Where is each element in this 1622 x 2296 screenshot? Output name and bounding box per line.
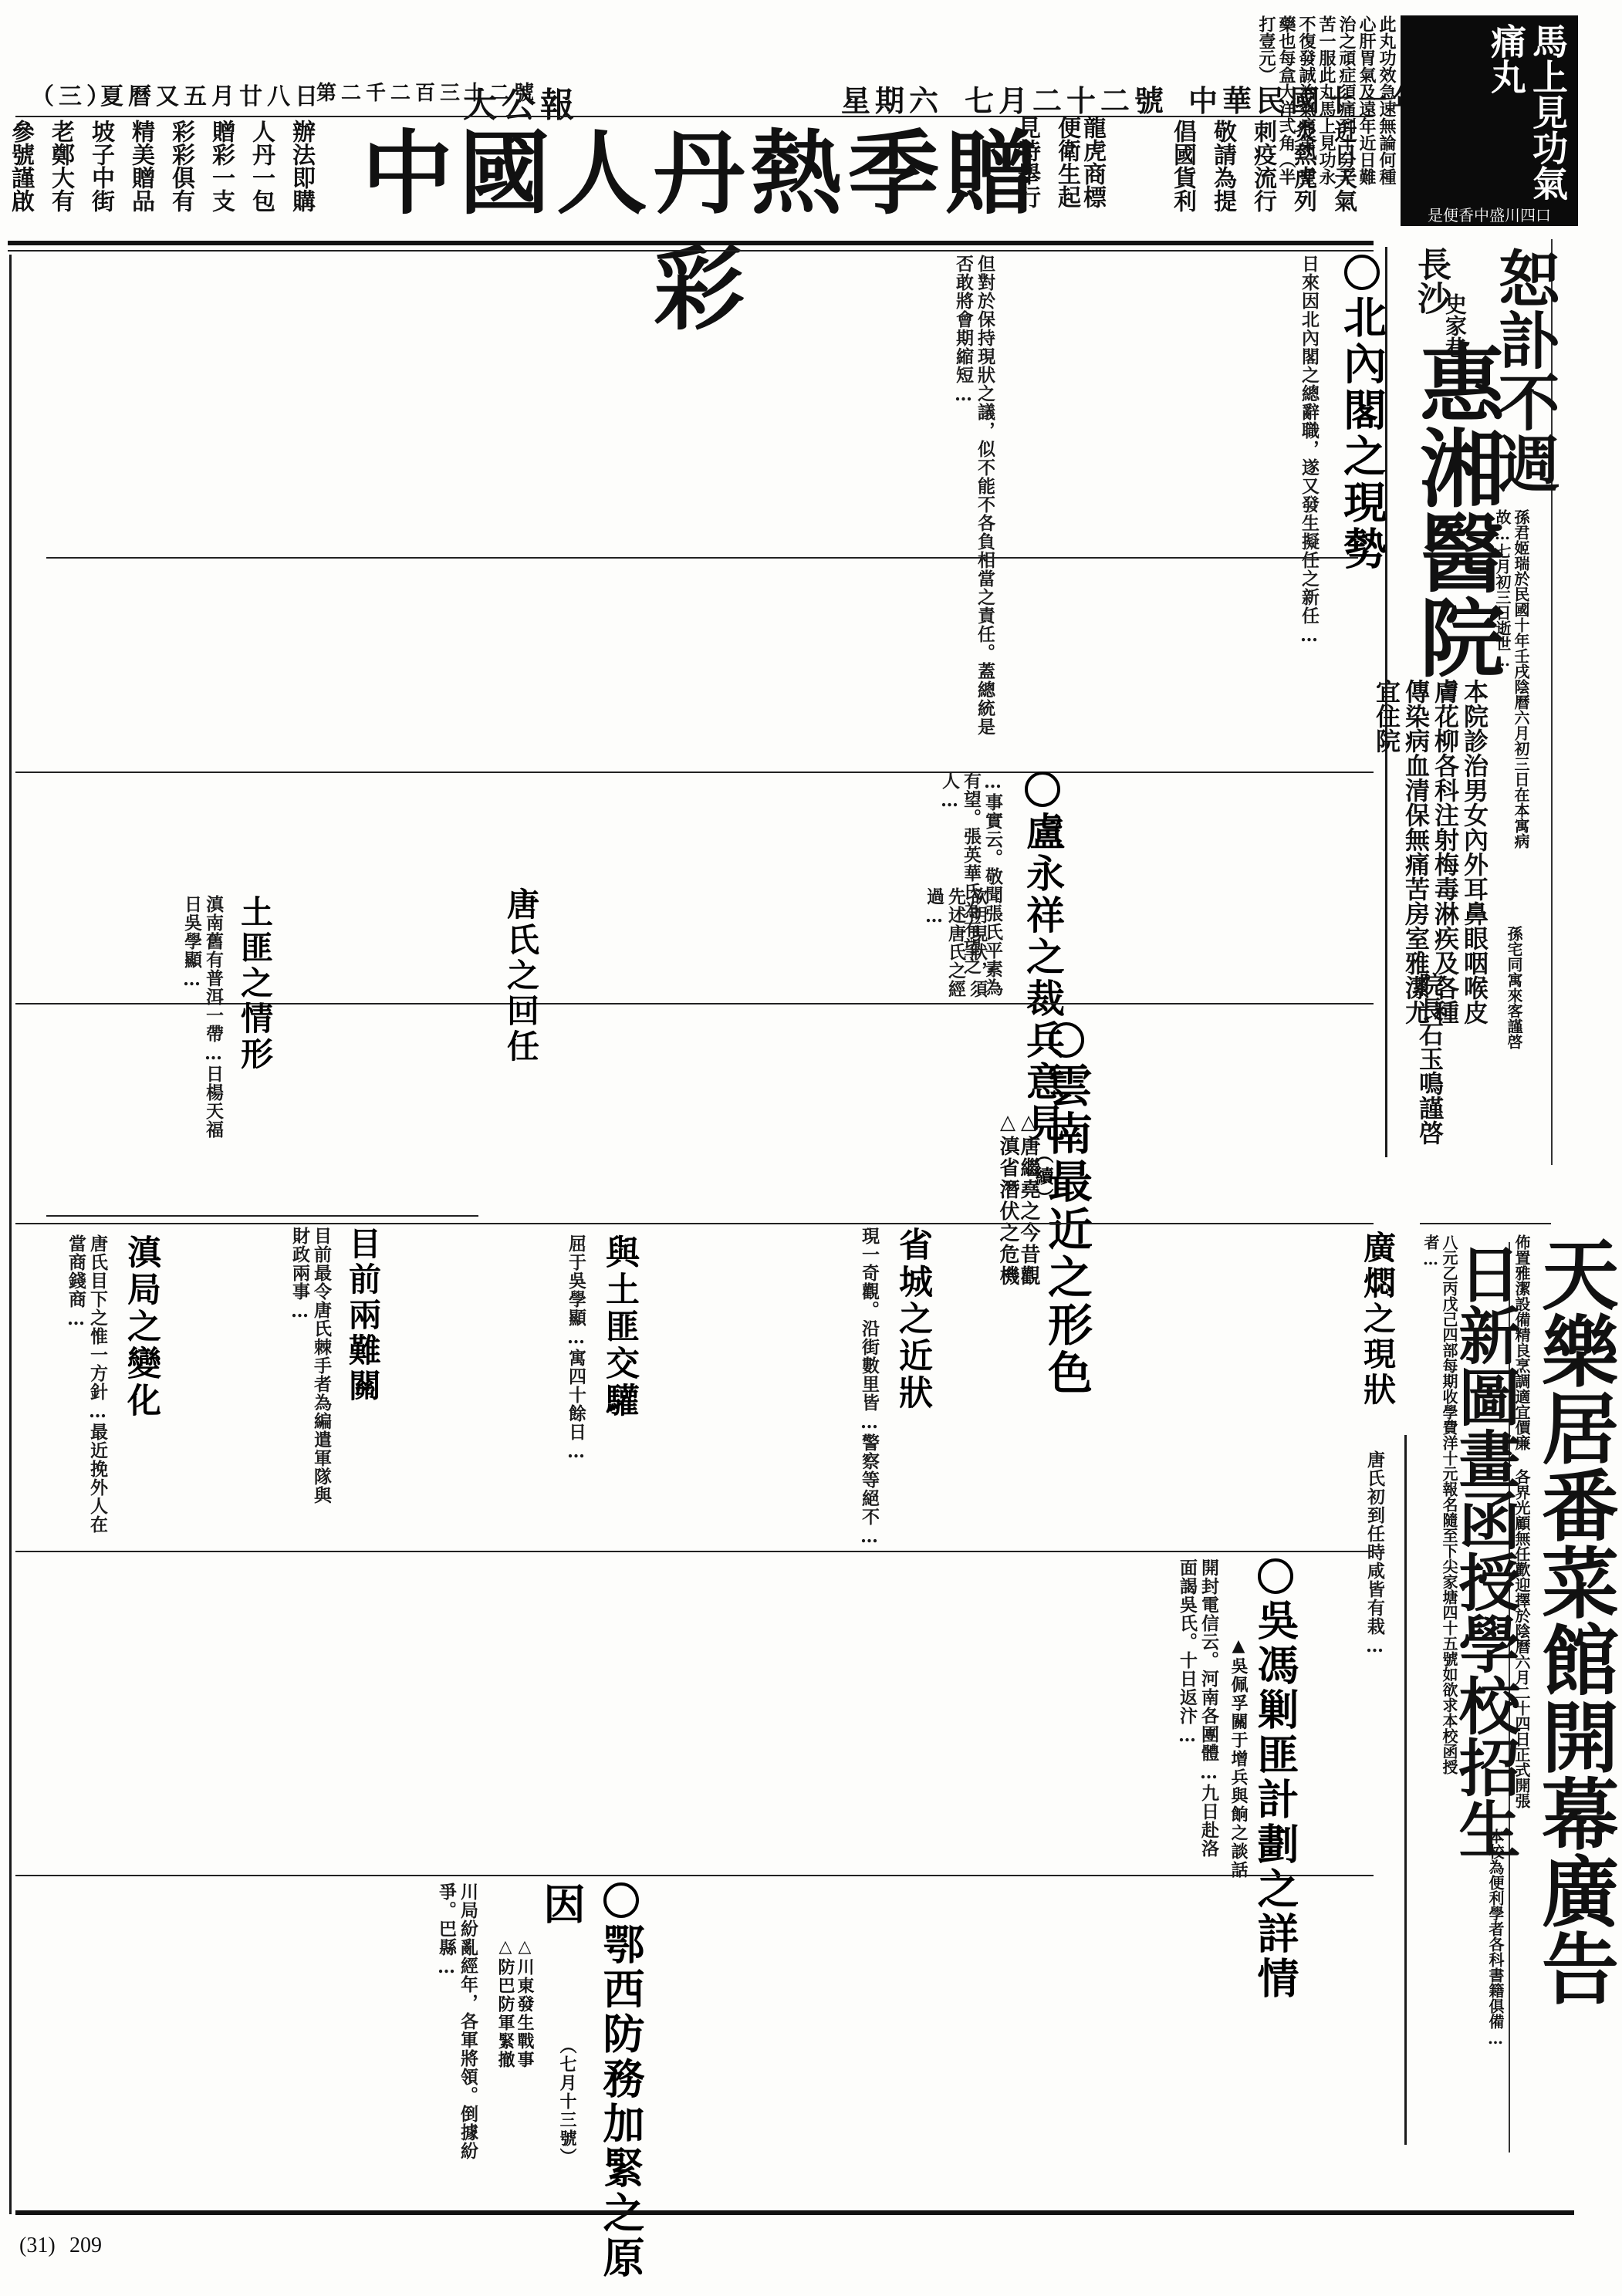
column-rule [46, 1215, 478, 1217]
restaurant-ad-title: 天樂居番菜館開幕廣告 [1532, 1234, 1617, 2098]
column-rule [46, 557, 1358, 559]
page-bottom-rule [15, 2210, 1574, 2215]
banner-left-slogans: 辦法即購 人丹一包 贈彩一支 彩彩俱有 精美贈品 坡子中街 老鄭大有 參號謹啟 [15, 120, 316, 235]
ad-divider [1420, 1223, 1551, 1224]
article-body: 欲明現狀，須先述唐氏之經過… [540, 887, 988, 1003]
slogan: 坡子中街 [85, 120, 116, 235]
article-subhead: △滇省潛伏之危機 [994, 1111, 1022, 1287]
article-headline: 滇局之變化 [116, 1234, 165, 1420]
slogan: 贈彩一支 [205, 120, 236, 235]
circle-marker-icon [603, 1882, 639, 1918]
circle-marker-icon [1025, 772, 1060, 807]
slogan: 參號謹啟 [5, 120, 35, 235]
slogan: 倡國貨利 [1167, 120, 1198, 243]
article-body: 日來因北內閣之總辭職，遂又發生擬任之新任… [1003, 255, 1320, 748]
art-school-ad-text: 八元乙丙戊己四部每期收學費洋十元報名隨至下尖家塘四十五號如欲求本校函授者… [1420, 1234, 1458, 1774]
ad-pill-body: 此丸功效急速無論何種心肝胃氣及遠年近日難治之頑症須痛到十分辛苦一服此丸馬上見功永… [1219, 15, 1397, 193]
ad-pill-title: 馬上見功氣痛丸 [1485, 23, 1569, 220]
article-body: 但對於保持現狀之議，似不能不各負相當之責任。蓋總統是否敢將會期縮短… [15, 255, 995, 748]
column-rule [15, 1551, 1374, 1552]
page-number: 209 [69, 2234, 102, 2258]
column-rule [15, 1875, 1374, 1876]
article-body: 開封電信云。河南各團體…九日赴洛面謁吳氏。十日返汴… [1026, 1558, 1219, 1867]
ad-section-border [1404, 1435, 1407, 2145]
circle-marker-icon [1344, 255, 1380, 290]
article-body: 現一奇觀。沿街數里皆…警察等絕不… [772, 1227, 880, 1551]
slogan: 人丹一包 [245, 120, 276, 235]
article-body: 目前最令唐氏棘手者為編遣軍隊與財政兩事… [201, 1227, 332, 1520]
article-body: 川局紛亂經年，各軍將領。倒據紛爭。巴縣… [15, 1882, 478, 2183]
issue-number: 第二千二百三十二號 [316, 77, 539, 106]
article-headline: 唐氏之回任 [498, 887, 544, 1065]
slogan: 便衛生起 [1051, 116, 1082, 239]
obituary-signature: 孫宅同寓來客謹啓 [1505, 926, 1523, 1111]
circle-marker-icon [1049, 1022, 1084, 1058]
article-headline: 雲南最近之形色 [1034, 1022, 1099, 1397]
banner-bottom-rule [8, 241, 1374, 245]
reel-number: (31) [19, 2234, 56, 2258]
slogan: 精美贈品 [125, 120, 156, 235]
banner-mid-slogans: 便衛生起 見特舉行 [1011, 116, 1082, 239]
article-subhead: △防巴防軍緊撤 [494, 1936, 518, 2069]
date-month-day: 七月二十二號 [965, 77, 1168, 120]
article-headline: 廣燜之現狀 [1354, 1231, 1401, 1408]
slogan: 老鄭大有 [45, 120, 76, 235]
ad-stomach-pill: 馬上見功氣痛丸 [1401, 15, 1578, 224]
lunar-date: 夏曆又五月廿八日 [100, 77, 323, 111]
slogan: 彩彩俱有 [165, 120, 196, 235]
slogan: 見特舉行 [1011, 116, 1042, 239]
article-headline: 目前兩難關 [340, 1227, 386, 1404]
page-left-border [9, 255, 12, 2214]
article-headline: 鄂西防務加緊之原因 [532, 1882, 651, 2296]
article-headline: 土匪之情形 [231, 895, 278, 1072]
art-school-ad-note: 本校為便利學者各科書籍俱備… [1428, 1828, 1505, 2122]
article-headline: 吳馮剿匪計劃之詳情 [1246, 1558, 1306, 2001]
banner-bottom-rule-thin [8, 250, 1374, 252]
slogan: 辦法即購 [286, 120, 316, 235]
article-subhead: ▲吳佩孚關于增兵與餉之談話 [1227, 1636, 1251, 1879]
hospital-signature: 院長石玉鳴謹啓 [1412, 972, 1448, 1145]
article-body: 唐氏初到任時咸皆有栽… [1354, 1450, 1385, 1852]
article-headline: 省城之近狀 [887, 1227, 937, 1412]
article-headline: 北內閣之現勢 [1331, 255, 1393, 572]
banner-title: 中國人丹熱季贈彩 [316, 116, 1088, 231]
hospital-name: 惠湘醫院 [1412, 339, 1499, 679]
column-rule [15, 1223, 1374, 1224]
page-marker: （三） [31, 77, 114, 111]
newspaper-page: 中華民國十一年 七月二十二號 星期六 大公報 第二千二百三十二號 夏曆又五月廿八… [0, 0, 1622, 2296]
article-body: 唐氏目下之惟一方針…最近挽外人在當商錢商… [31, 1234, 108, 1543]
article-dateline: （七月十三號） [556, 2037, 580, 2166]
article-headline: 與土匪交驩 [594, 1234, 644, 1420]
ad-pill-footer: 是便香中盛川四口 [1401, 204, 1578, 226]
article-body: 屈于吳學顯…寓四十餘日… [478, 1234, 586, 1543]
circle-marker-icon [1258, 1558, 1293, 1594]
article-body: 滇南舊有普洱一帶…日楊天福日吳學顯… [15, 895, 224, 1150]
weekday: 星期六 [841, 77, 943, 120]
